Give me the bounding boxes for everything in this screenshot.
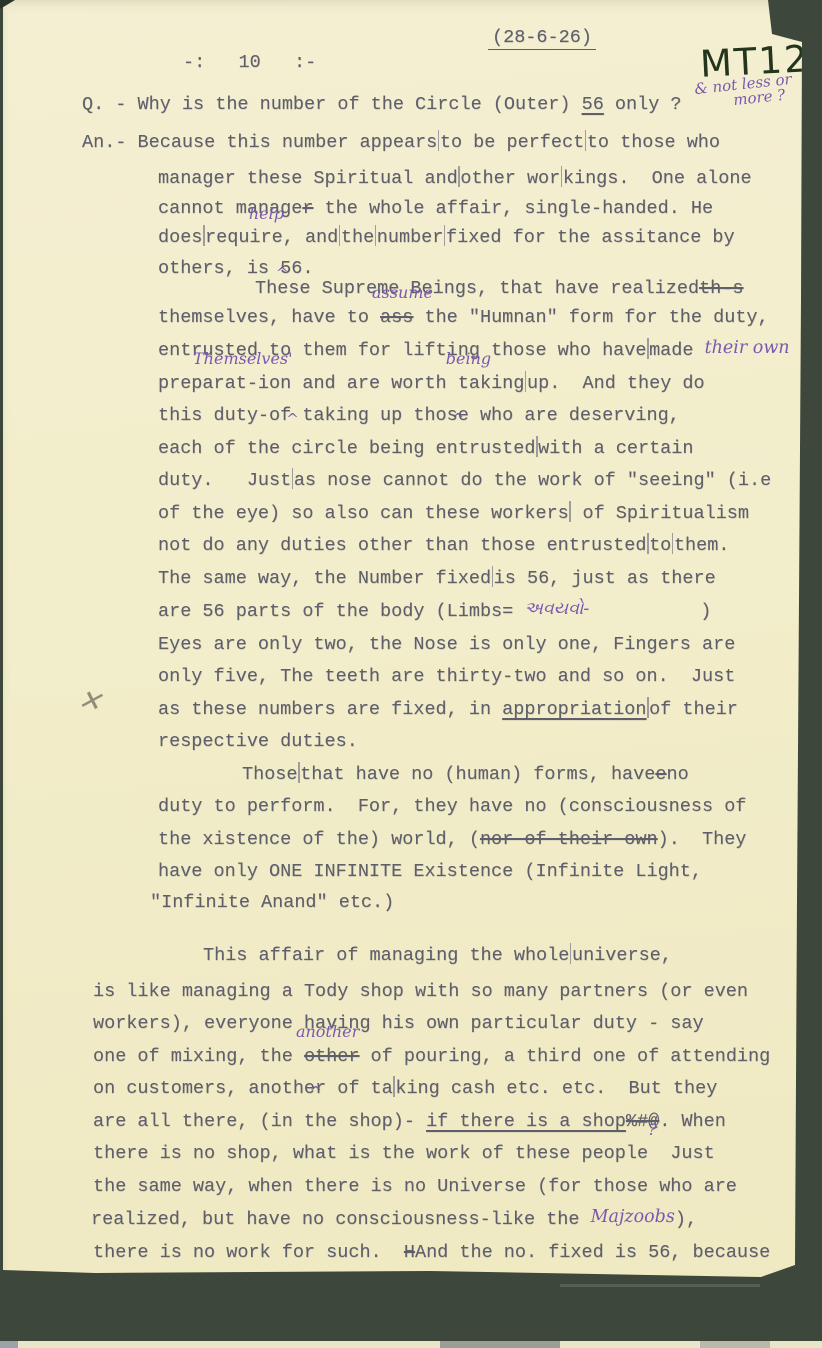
typewritten-text: universe,: [572, 945, 672, 966]
scan-strip-segment: [560, 1341, 700, 1348]
typewritten-line: "Infinite Anand" etc.): [150, 887, 822, 920]
typewritten-text: These Supreme Beings, that have realized: [255, 278, 699, 299]
typewritten-text: of the eye) so also can these workers: [158, 503, 569, 524]
typewritten-text: appropriation: [502, 699, 646, 720]
typewritten-text: the whole affair, single-handed. He: [313, 198, 713, 219]
typewritten-line: duty. Justas nose cannot do the work of …: [158, 465, 822, 498]
typewritten-line: each of the circle being entrustedwith a…: [158, 433, 822, 466]
typewritten-text: And the no. fixed is 56, because: [415, 1242, 770, 1263]
typewritten-text: on customers, another of ta: [93, 1078, 393, 1099]
typewritten-text: only five, The teeth are thirty-two and …: [158, 666, 735, 687]
scan-strip-segment: [700, 1341, 770, 1348]
typewritten-text: duty to perform. For, they have no (cons…: [158, 796, 746, 817]
typewritten-text: other wor: [460, 168, 560, 189]
typewritten-text: with a certain: [538, 438, 693, 459]
typewritten-line: is like managing a Tody shop with so man…: [93, 976, 822, 1009]
typewritten-text: as nose cannot do the work of "seeing" (…: [294, 470, 771, 491]
typewritten-text: other: [304, 1046, 360, 1067]
typewritten-line: this duty-of taking up those who are des…: [158, 400, 822, 433]
typewritten-text: the: [341, 227, 374, 248]
typewritten-text: r: [302, 198, 313, 219]
typewritten-line: there is no shop, what is the work of th…: [93, 1138, 822, 1171]
typewritten-line: have only ONE INFINITE Existence (Infini…: [158, 856, 822, 889]
scan-strip-segment: [18, 1341, 440, 1348]
typewritten-text: duty. Just: [158, 470, 291, 491]
typewritten-line: Themselves'preparat-ion^ and are worth b…: [158, 368, 822, 401]
typewritten-text: taking: [458, 373, 525, 394]
typewritten-line: duty to perform. For, they have no (cons…: [158, 791, 822, 824]
typewritten-text: only ?: [604, 94, 693, 115]
typewritten-text: if there is a shop: [426, 1111, 626, 1132]
handwritten-text: અવયવો-: [524, 599, 589, 619]
typewritten-text: there is no work for such.: [93, 1242, 404, 1263]
typewritten-text: fixed for the assitance by: [446, 227, 735, 248]
handwritten-text: Majzoobs: [591, 1207, 675, 1227]
typewritten-text: there is no shop, what is the work of th…: [93, 1143, 648, 1164]
typewritten-text: of pouring, a third one of attending: [359, 1046, 770, 1067]
typewritten-text: th-s: [699, 278, 743, 299]
typewritten-text: Q. - Why is the number of the Circle (Ou…: [82, 94, 582, 115]
typewritten-line: of the eye) so also can these workers of…: [158, 498, 822, 531]
scanned-document: (28-6-26) -: 10 :- MT12 ✕ Q. - Why is th…: [0, 0, 822, 1348]
typewritten-text: H: [404, 1242, 415, 1263]
typewritten-text: no: [666, 764, 688, 785]
scan-strip-segment: [440, 1341, 560, 1348]
typewritten-text: up. And they do: [527, 373, 705, 394]
typewritten-text: . When: [659, 1111, 726, 1132]
typewritten-text: "Infinite Anand" etc.): [150, 892, 394, 913]
typewritten-text: number: [377, 227, 444, 248]
typewritten-text: This affair of managing the whole: [203, 945, 569, 966]
typewritten-line: the xistence of the) world, (nor of thei…: [158, 824, 822, 857]
typewritten-text: ): [589, 601, 711, 622]
typewritten-text: that have no (human) forms, have: [300, 764, 655, 785]
typewritten-line: doesrequire,help^ andthenumberfixed for …: [158, 222, 822, 255]
typewritten-text: as these numbers are fixed, in: [158, 699, 502, 720]
typewritten-text: nor of their own: [480, 829, 658, 850]
typewritten-text: is like managing a Tody shop with so man…: [93, 981, 748, 1002]
typewritten-text: each of the circle being entrusted: [158, 438, 535, 459]
typewritten-text: manager these Spiritual and: [158, 168, 458, 189]
typewritten-line: An.- Because this number appearsto be pe…: [82, 127, 822, 160]
typewritten-text: the same way, when there is no Universe …: [93, 1176, 737, 1197]
typewritten-text: not do any duties other than those entru…: [158, 535, 646, 556]
typewritten-line: are all there, (in the shop)- if there i…: [93, 1106, 822, 1139]
typewritten-text: and: [294, 227, 338, 248]
typewritten-text: to those who: [587, 132, 720, 153]
typewritten-text: does: [158, 227, 202, 248]
page-number: -: 10 :-: [183, 52, 316, 73]
typewritten-text: themselves, have to: [158, 307, 380, 328]
typewritten-text: of Spiritualism: [571, 503, 749, 524]
typewritten-text: ass: [380, 307, 413, 328]
typewritten-text: are all there, (in the shop)-: [93, 1111, 426, 1132]
typewritten-line: manager these Spiritual andother working…: [158, 163, 822, 196]
typewritten-body: Q. - Why is the number of the Circle (Ou…: [0, 89, 822, 1269]
typewritten-line: one of mixing, the anotherother^ of pour…: [93, 1041, 822, 1074]
typewritten-text: have only ONE INFINITE Existence (Infini…: [158, 861, 702, 882]
typewritten-line: on customers, another of taking cash etc…: [93, 1073, 822, 1106]
typewritten-line: are 56 parts of the body (Limbs= અવયવો- …: [158, 595, 822, 629]
typewritten-text: ). They: [658, 829, 747, 850]
typewritten-text: e: [655, 764, 666, 785]
scan-strip-segment: [0, 1341, 18, 1348]
typewritten-text: preparat-ion: [158, 373, 291, 394]
typewritten-text: the xistence of the) world, (: [158, 829, 480, 850]
typewritten-text: workers), everyone having his own partic…: [93, 1013, 704, 1034]
typewritten-line: realized, but have no consciousness-like…: [91, 1203, 822, 1237]
typewritten-text: made: [649, 340, 705, 361]
typewritten-line: only five, The teeth are thirty-two and …: [158, 661, 822, 694]
typewritten-line: Thosethat have no (human) forms, haveeno: [242, 759, 822, 792]
typewritten-line: Q. - Why is the number of the Circle (Ou…: [82, 89, 822, 122]
typewritten-text: of their: [649, 699, 738, 720]
typewritten-text: realized, but have no consciousness-like…: [91, 1209, 591, 1230]
manuscript-page: (28-6-26) -: 10 :- MT12 ✕ Q. - Why is th…: [0, 0, 822, 1348]
typewritten-text: Those: [242, 764, 298, 785]
typewritten-text: and are worth: [291, 373, 458, 394]
typewritten-text: 56: [582, 94, 604, 115]
typewritten-text: The same way, the Number fixed: [158, 568, 491, 589]
typewritten-text: to: [649, 535, 671, 556]
typewritten-text: respective duties.: [158, 731, 358, 752]
typewritten-text: require,: [205, 227, 294, 248]
typewritten-line: as these numbers are fixed, in appropria…: [158, 694, 822, 727]
typewritten-text: is 56, just as there: [494, 568, 716, 589]
typewritten-text: them.: [674, 535, 730, 556]
scan-strip-segment: [770, 1341, 822, 1348]
typewritten-text: one of mixing, the: [93, 1046, 304, 1067]
typewritten-line: not do any duties other than those entru…: [158, 530, 822, 563]
typewritten-text: to be perfect: [440, 132, 584, 153]
typewritten-text: Eyes are only two, the Nose is only one,…: [158, 634, 735, 655]
typewritten-text: this duty-of taking up those who are des…: [158, 405, 680, 426]
handwritten-text: their own: [705, 338, 790, 358]
typewritten-line: respective duties.: [158, 726, 822, 759]
typewritten-line: workers), everyone having his own partic…: [93, 1008, 822, 1041]
typewritten-line: there is no work for such. HAnd the no. …: [93, 1237, 822, 1270]
typewritten-line: Eyes are only two, the Nose is only one,…: [158, 629, 822, 662]
typewritten-text: Just: [648, 1143, 715, 1164]
typewritten-line: This affair of managing the wholeunivers…: [203, 940, 822, 973]
date-heading: (28-6-26): [488, 27, 596, 50]
typewritten-text: ),: [675, 1209, 697, 1230]
typewritten-line: The same way, the Number fixedis 56, jus…: [158, 563, 822, 596]
typewritten-text: An.- Because this number appears: [82, 132, 437, 153]
scan-smudge: [560, 1284, 760, 1287]
typewritten-line: themselves, have to assumeass the "Humna…: [158, 302, 822, 335]
typewritten-text: the "Humnan" form for the duty,: [413, 307, 768, 328]
typewritten-text: king cash etc. etc. But they: [395, 1078, 717, 1099]
typewritten-text: are 56 parts of the body (Limbs=: [158, 601, 524, 622]
typewritten-text: kings. One alone: [563, 168, 752, 189]
typewritten-line: the same way, when there is no Universe …: [93, 1171, 822, 1204]
